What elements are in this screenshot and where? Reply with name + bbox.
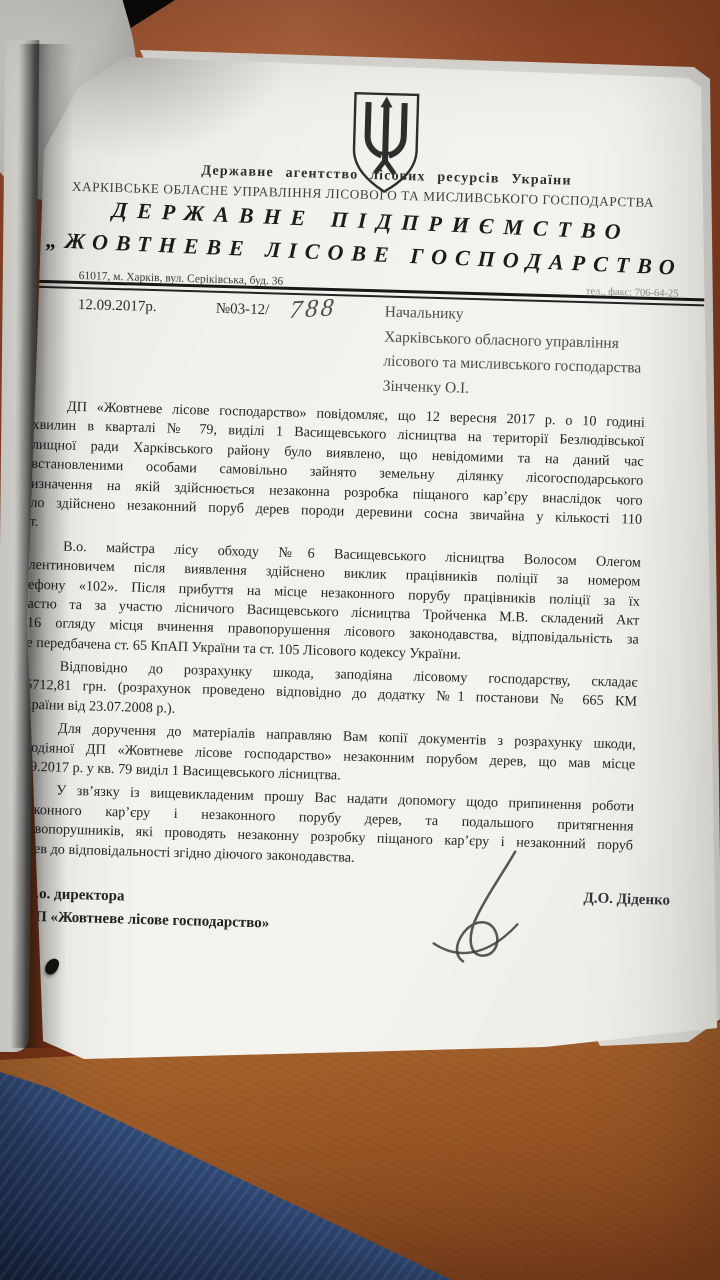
letter-number: №03-12/ xyxy=(216,301,270,319)
addressee-block: Начальнику Харківського обласного управл… xyxy=(382,301,643,406)
photo-scene: Державне агентство лісових ресурсів Укра… xyxy=(0,0,720,1280)
handwritten-number: 788 xyxy=(288,294,337,325)
letter-date: 12.09.2017р. xyxy=(78,297,157,315)
signatory-name: Д.О. Діденко xyxy=(583,890,670,909)
document-content: Державне агентство лісових ресурсів Укра… xyxy=(0,0,720,1118)
signature-scribble-icon xyxy=(413,843,537,974)
spine-shadow xyxy=(10,44,75,1048)
body-text: ДП «Жовтневе лісове господарство» повідо… xyxy=(20,397,645,876)
